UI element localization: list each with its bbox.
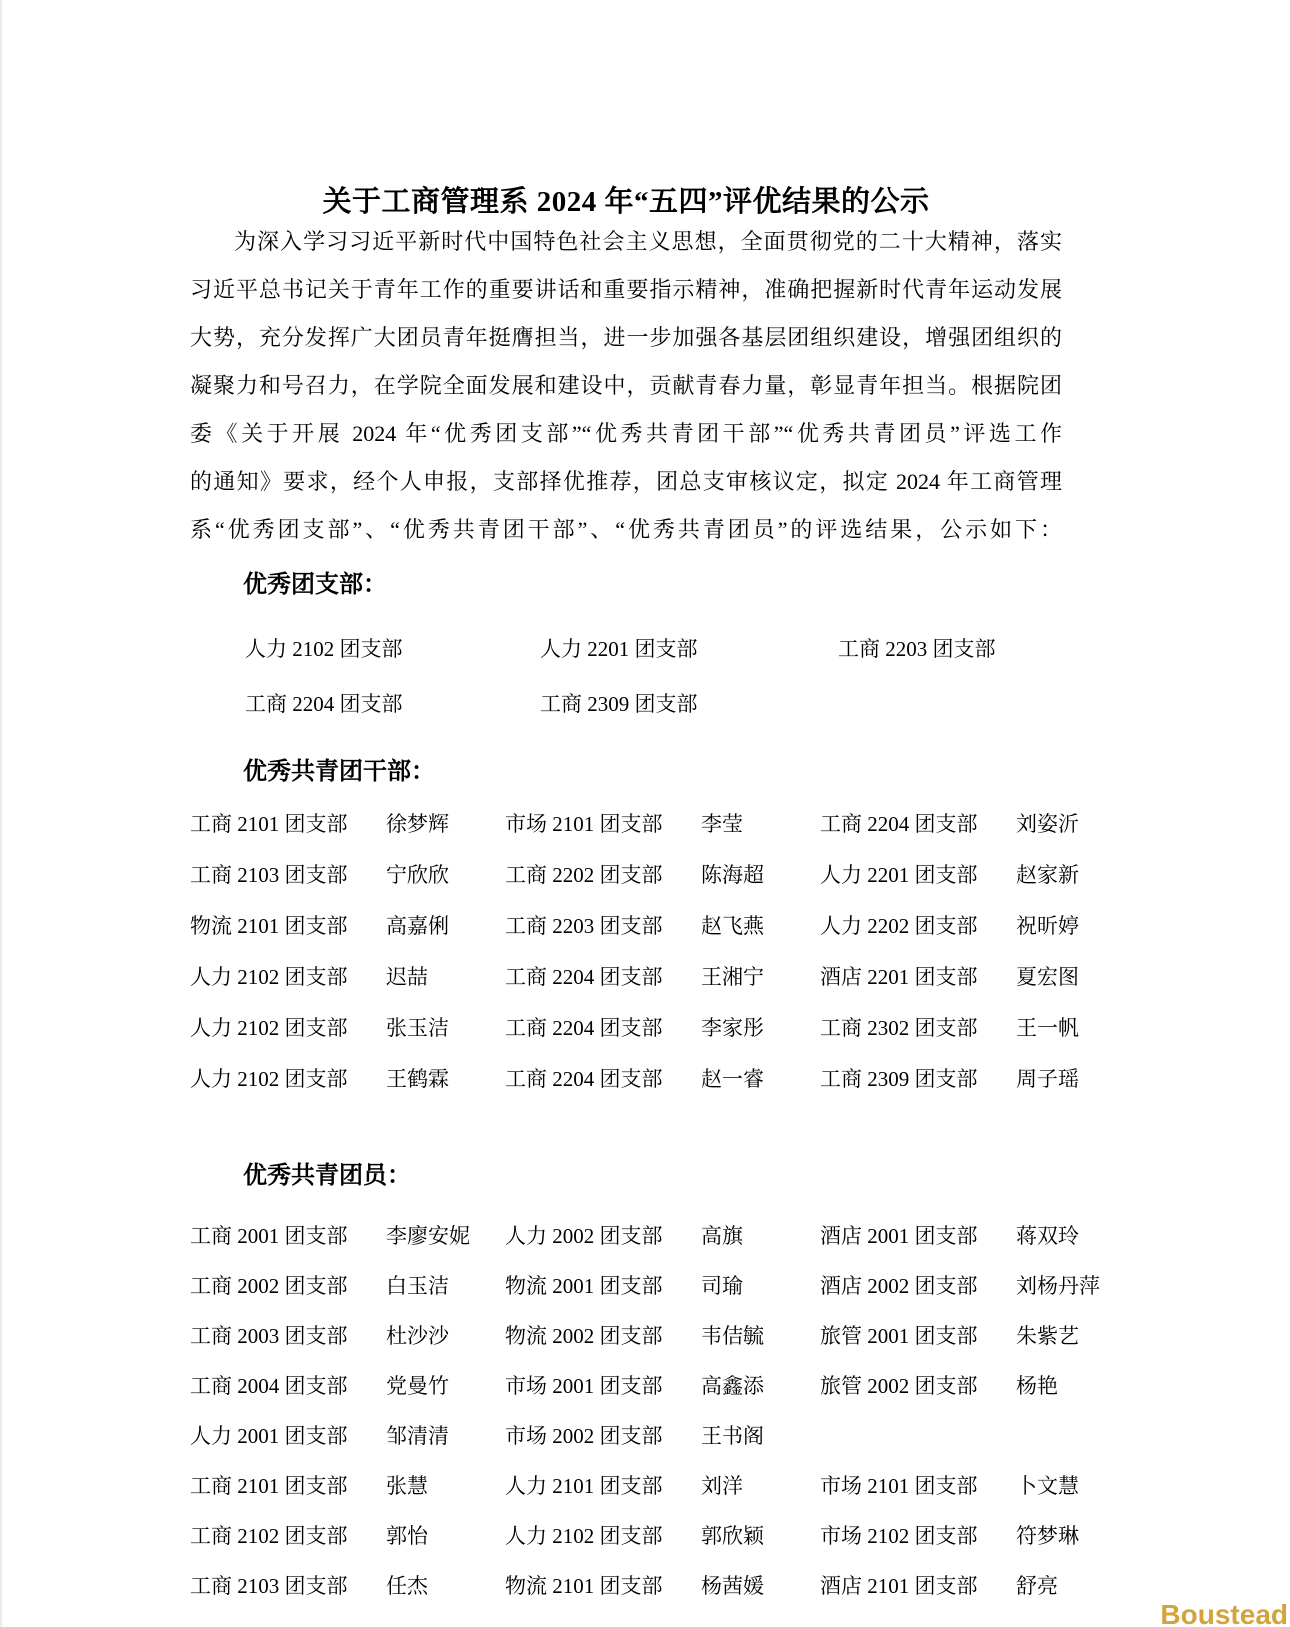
member-name: 赵家新 — [1016, 859, 1110, 889]
branch-label: 人力 2102 团支部 — [245, 637, 403, 661]
member-name: 朱紫艺 — [1016, 1320, 1110, 1350]
table-row: 工商 2003 团支部杜沙沙物流 2002 团支部韦佶毓旅管 2001 团支部朱… — [190, 1310, 1110, 1360]
branch-label: 人力 2101 团支部 — [505, 1470, 701, 1500]
paragraph-line: 委《关于开展 2024 年“优秀团支部”“优秀共青团干部”“优秀共青团员”评选工… — [190, 410, 1062, 458]
page-left-edge-line — [0, 0, 2, 1627]
member-name: 高旗 — [701, 1220, 820, 1250]
branch-label: 人力 2202 团支部 — [820, 910, 1016, 940]
table-cell: 工商 2204 团支部李家彤 — [505, 1012, 820, 1042]
branch-label: 酒店 2002 团支部 — [820, 1270, 1016, 1300]
table-cell: 人力 2202 团支部祝昕婷 — [820, 910, 1110, 940]
table-row: 工商 2103 团支部任杰物流 2101 团支部杨茜媛酒店 2101 团支部舒亮 — [190, 1560, 1110, 1610]
branch-label: 工商 2309 团支部 — [820, 1063, 1016, 1093]
member-name: 王书阁 — [701, 1420, 820, 1450]
member-name: 徐梦辉 — [386, 808, 505, 838]
member-name: 刘杨丹萍 — [1016, 1270, 1110, 1300]
member-name: 迟喆 — [386, 961, 505, 991]
branch-label: 酒店 2101 团支部 — [820, 1570, 1016, 1600]
member-name: 高鑫添 — [701, 1370, 820, 1400]
table-cell: 市场 2101 团支部卜文慧 — [820, 1470, 1110, 1500]
member-name: 张慧 — [386, 1470, 505, 1500]
branch-label: 工商 2002 团支部 — [190, 1270, 386, 1300]
branch-label: 工商 2004 团支部 — [190, 1370, 386, 1400]
table-cell: 物流 2101 团支部高嘉俐 — [190, 910, 505, 940]
table-cell: 市场 2001 团支部高鑫添 — [505, 1370, 820, 1400]
member-name: 高嘉俐 — [386, 910, 505, 940]
branch-label: 市场 2001 团支部 — [505, 1370, 701, 1400]
table-cell: 工商 2203 团支部赵飞燕 — [505, 910, 820, 940]
table-row: 工商 2002 团支部白玉洁物流 2001 团支部司瑜酒店 2002 团支部刘杨… — [190, 1260, 1110, 1310]
member-name: 赵飞燕 — [701, 910, 820, 940]
member-name: 夏宏图 — [1016, 961, 1110, 991]
excellent-league-branches-table: 人力 2102 团支部人力 2201 团支部工商 2203 团支部工商 2204… — [245, 620, 1105, 730]
branch-label: 工商 2103 团支部 — [190, 1570, 386, 1600]
table-cell: 工商 2204 团支部王湘宁 — [505, 961, 820, 991]
branch-label: 人力 2102 团支部 — [190, 1063, 386, 1093]
section-heading-excellent-league-cadres: 优秀共青团干部： — [243, 757, 435, 787]
intro-paragraph: 为深入学习习近平新时代中国特色社会主义思想，全面贯彻党的二十大精神，落实习近平总… — [190, 218, 1062, 554]
paragraph-line: 大势，充分发挥广大团员青年挺膺担当，进一步加强各基层团组织建设，增强团组织的 — [190, 314, 1062, 362]
paragraph-line: 系“优秀团支部”、“优秀共青团干部”、“优秀共青团员”的评选结果，公示如下： — [190, 506, 1062, 554]
table-row: 物流 2101 团支部高嘉俐工商 2203 团支部赵飞燕人力 2202 团支部祝… — [190, 899, 1110, 950]
member-name: 司瑜 — [701, 1270, 820, 1300]
table-cell: 市场 2002 团支部王书阁 — [505, 1420, 820, 1450]
table-cell: 旅管 2002 团支部杨艳 — [820, 1370, 1110, 1400]
branch-label: 工商 2204 团支部 — [505, 961, 701, 991]
table-cell: 人力 2201 团支部 — [540, 633, 838, 663]
branch-label: 市场 2102 团支部 — [820, 1520, 1016, 1550]
member-name: 杨茜媛 — [701, 1570, 820, 1600]
branch-label: 人力 2201 团支部 — [820, 859, 1016, 889]
table-row: 人力 2102 团支部人力 2201 团支部工商 2203 团支部 — [245, 620, 1105, 675]
table-cell: 人力 2102 团支部郭欣颖 — [505, 1520, 820, 1550]
table-cell: 人力 2102 团支部张玉洁 — [190, 1012, 505, 1042]
table-cell: 工商 2309 团支部周子瑶 — [820, 1063, 1110, 1093]
table-cell: 人力 2201 团支部赵家新 — [820, 859, 1110, 889]
branch-label: 旅管 2001 团支部 — [820, 1320, 1016, 1350]
paragraph-line: 为深入学习习近平新时代中国特色社会主义思想，全面贯彻党的二十大精神，落实 — [190, 218, 1062, 266]
branch-label: 工商 2203 团支部 — [838, 637, 996, 661]
branch-label: 工商 2103 团支部 — [190, 859, 386, 889]
member-name: 舒亮 — [1016, 1570, 1110, 1600]
member-name: 刘姿沂 — [1016, 808, 1110, 838]
member-name: 杨艳 — [1016, 1370, 1110, 1400]
member-name: 张玉洁 — [386, 1012, 505, 1042]
member-name: 卜文慧 — [1016, 1470, 1110, 1500]
table-cell: 人力 2102 团支部 — [245, 633, 540, 663]
table-row: 工商 2103 团支部宁欣欣工商 2202 团支部陈海超人力 2201 团支部赵… — [190, 848, 1110, 899]
paragraph-line: 习近平总书记关于青年工作的重要讲话和重要指示精神，准确把握新时代青年运动发展 — [190, 266, 1062, 314]
boustead-watermark: Boustead — [1160, 1600, 1288, 1627]
table-row: 人力 2102 团支部王鹤霖工商 2204 团支部赵一睿工商 2309 团支部周… — [190, 1052, 1110, 1103]
member-name: 陈海超 — [701, 859, 820, 889]
table-cell: 工商 2103 团支部任杰 — [190, 1570, 505, 1600]
announcement-document-page: 关于工商管理系 2024 年“五四”评优结果的公示 为深入学习习近平新时代中国特… — [0, 0, 1290, 1627]
branch-label: 酒店 2001 团支部 — [820, 1220, 1016, 1250]
branch-label: 工商 2101 团支部 — [190, 808, 386, 838]
branch-label: 人力 2102 团支部 — [190, 961, 386, 991]
table-cell: 工商 2204 团支部刘姿沂 — [820, 808, 1110, 838]
member-name: 杜沙沙 — [386, 1320, 505, 1350]
section-heading-excellent-league-members: 优秀共青团员： — [243, 1161, 411, 1191]
table-row: 工商 2001 团支部李廖安妮人力 2002 团支部高旗酒店 2001 团支部蒋… — [190, 1210, 1110, 1260]
paragraph-line: 凝聚力和号召力，在学院全面发展和建设中，贡献青春力量，彰显青年担当。根据院团 — [190, 362, 1062, 410]
excellent-league-cadres-table: 工商 2101 团支部徐梦辉市场 2101 团支部李莹工商 2204 团支部刘姿… — [190, 797, 1110, 1103]
branch-label: 人力 2102 团支部 — [505, 1520, 701, 1550]
table-cell: 市场 2102 团支部符梦琳 — [820, 1520, 1110, 1550]
member-name: 邹清清 — [386, 1420, 505, 1450]
table-cell: 酒店 2002 团支部刘杨丹萍 — [820, 1270, 1110, 1300]
table-cell: 物流 2001 团支部司瑜 — [505, 1270, 820, 1300]
branch-label: 市场 2101 团支部 — [505, 808, 701, 838]
member-name: 任杰 — [386, 1570, 505, 1600]
branch-label: 物流 2101 团支部 — [505, 1570, 701, 1600]
table-cell: 酒店 2001 团支部蒋双玲 — [820, 1220, 1110, 1250]
table-cell: 人力 2101 团支部刘洋 — [505, 1470, 820, 1500]
table-cell: 物流 2101 团支部杨茜媛 — [505, 1570, 820, 1600]
branch-label: 物流 2101 团支部 — [190, 910, 386, 940]
member-name: 李家彤 — [701, 1012, 820, 1042]
branch-label: 工商 2203 团支部 — [505, 910, 701, 940]
member-name: 党曼竹 — [386, 1370, 505, 1400]
table-cell: 物流 2002 团支部韦佶毓 — [505, 1320, 820, 1350]
branch-label: 工商 2001 团支部 — [190, 1220, 386, 1250]
member-name: 王湘宁 — [701, 961, 820, 991]
table-row: 工商 2101 团支部徐梦辉市场 2101 团支部李莹工商 2204 团支部刘姿… — [190, 797, 1110, 848]
branch-label: 工商 2204 团支部 — [245, 692, 403, 716]
member-name: 赵一睿 — [701, 1063, 820, 1093]
member-name: 王一帆 — [1016, 1012, 1110, 1042]
table-cell: 工商 2302 团支部王一帆 — [820, 1012, 1110, 1042]
branch-label: 工商 2204 团支部 — [820, 808, 1016, 838]
branch-label: 工商 2204 团支部 — [505, 1012, 701, 1042]
section-heading-excellent-league-branches: 优秀团支部： — [243, 570, 387, 600]
branch-label: 物流 2001 团支部 — [505, 1270, 701, 1300]
branch-label: 工商 2202 团支部 — [505, 859, 701, 889]
table-cell: 工商 2309 团支部 — [540, 688, 838, 718]
member-name: 刘洋 — [701, 1470, 820, 1500]
table-cell: 工商 2101 团支部徐梦辉 — [190, 808, 505, 838]
table-cell: 工商 2203 团支部 — [838, 633, 1105, 663]
paragraph-line: 的通知》要求，经个人申报，支部择优推荐，团总支审核议定，拟定 2024 年工商管… — [190, 458, 1062, 506]
table-cell: 人力 2002 团支部高旗 — [505, 1220, 820, 1250]
table-cell: 工商 2103 团支部宁欣欣 — [190, 859, 505, 889]
branch-label: 物流 2002 团支部 — [505, 1320, 701, 1350]
table-row: 工商 2204 团支部工商 2309 团支部 — [245, 675, 1105, 730]
table-cell: 酒店 2101 团支部舒亮 — [820, 1570, 1110, 1600]
branch-label: 工商 2102 团支部 — [190, 1520, 386, 1550]
table-cell: 工商 2002 团支部白玉洁 — [190, 1270, 505, 1300]
branch-label: 工商 2003 团支部 — [190, 1320, 386, 1350]
branch-label: 工商 2309 团支部 — [540, 692, 698, 716]
table-cell: 工商 2204 团支部赵一睿 — [505, 1063, 820, 1093]
table-cell: 工商 2003 团支部杜沙沙 — [190, 1320, 505, 1350]
branch-label: 工商 2101 团支部 — [190, 1470, 386, 1500]
table-row: 人力 2102 团支部迟喆工商 2204 团支部王湘宁酒店 2201 团支部夏宏… — [190, 950, 1110, 1001]
table-row: 人力 2001 团支部邹清清市场 2002 团支部王书阁 — [190, 1410, 1110, 1460]
table-cell: 人力 2001 团支部邹清清 — [190, 1420, 505, 1450]
member-name: 郭怡 — [386, 1520, 505, 1550]
member-name: 白玉洁 — [386, 1270, 505, 1300]
table-row: 工商 2004 团支部党曼竹市场 2001 团支部高鑫添旅管 2002 团支部杨… — [190, 1360, 1110, 1410]
table-row: 工商 2102 团支部郭怡人力 2102 团支部郭欣颖市场 2102 团支部符梦… — [190, 1510, 1110, 1560]
excellent-league-members-table: 工商 2001 团支部李廖安妮人力 2002 团支部高旗酒店 2001 团支部蒋… — [190, 1210, 1110, 1610]
table-cell: 工商 2101 团支部张慧 — [190, 1470, 505, 1500]
member-name: 李廖安妮 — [386, 1220, 505, 1250]
table-cell: 旅管 2001 团支部朱紫艺 — [820, 1320, 1110, 1350]
table-cell: 工商 2004 团支部党曼竹 — [190, 1370, 505, 1400]
table-cell: 人力 2102 团支部王鹤霖 — [190, 1063, 505, 1093]
branch-label: 旅管 2002 团支部 — [820, 1370, 1016, 1400]
table-cell: 市场 2101 团支部李莹 — [505, 808, 820, 838]
member-name: 祝昕婷 — [1016, 910, 1110, 940]
branch-label: 人力 2002 团支部 — [505, 1220, 701, 1250]
member-name: 韦佶毓 — [701, 1320, 820, 1350]
table-cell: 工商 2204 团支部 — [245, 688, 540, 718]
branch-label: 市场 2101 团支部 — [820, 1470, 1016, 1500]
branch-label: 酒店 2201 团支部 — [820, 961, 1016, 991]
table-cell: 酒店 2201 团支部夏宏图 — [820, 961, 1110, 991]
table-cell: 工商 2001 团支部李廖安妮 — [190, 1220, 505, 1250]
table-row: 工商 2101 团支部张慧人力 2101 团支部刘洋市场 2101 团支部卜文慧 — [190, 1460, 1110, 1510]
document-title: 关于工商管理系 2024 年“五四”评优结果的公示 — [190, 179, 1062, 220]
branch-label: 工商 2204 团支部 — [505, 1063, 701, 1093]
member-name: 郭欣颖 — [701, 1520, 820, 1550]
member-name: 李莹 — [701, 808, 820, 838]
table-cell: 人力 2102 团支部迟喆 — [190, 961, 505, 991]
table-cell: 工商 2102 团支部郭怡 — [190, 1520, 505, 1550]
branch-label: 人力 2102 团支部 — [190, 1012, 386, 1042]
member-name: 符梦琳 — [1016, 1520, 1110, 1550]
table-cell: 工商 2202 团支部陈海超 — [505, 859, 820, 889]
member-name: 宁欣欣 — [386, 859, 505, 889]
table-row: 人力 2102 团支部张玉洁工商 2204 团支部李家彤工商 2302 团支部王… — [190, 1001, 1110, 1052]
member-name: 王鹤霖 — [386, 1063, 505, 1093]
branch-label: 人力 2201 团支部 — [540, 637, 698, 661]
branch-label: 人力 2001 团支部 — [190, 1420, 386, 1450]
member-name: 周子瑶 — [1016, 1063, 1110, 1093]
member-name: 蒋双玲 — [1016, 1220, 1110, 1250]
branch-label: 工商 2302 团支部 — [820, 1012, 1016, 1042]
branch-label: 市场 2002 团支部 — [505, 1420, 701, 1450]
